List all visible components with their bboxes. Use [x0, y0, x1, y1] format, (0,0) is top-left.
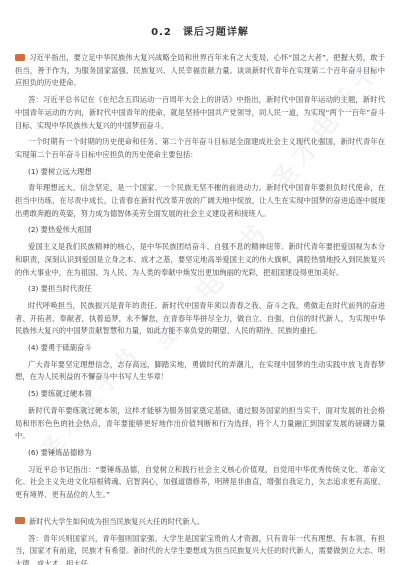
question-2: 新时代大学生如何成为担当民族复兴大任的时代新人。 [15, 516, 385, 529]
section-6-heading: (6) 要锤炼品德修为 [15, 447, 385, 460]
page-title: 0.2 课后习题详解 [15, 26, 385, 40]
question-1: 习近平指出，要立足中华民族伟大复兴战略全局和世界百年未有之大变局，心怀“国之大者… [15, 52, 385, 90]
document-page: 圣才电子书 圣才电子书 圣才电子书 0.2 课后习题详解 习近平指出，要立足中华… [0, 0, 400, 565]
section-3-heading: (3) 要担当时代责任 [15, 283, 385, 296]
question-bullet-icon [15, 54, 25, 61]
answer-2: 答：青年兴则国家兴，青年强则国家强。大学生是国家宝贵的人才资源，只有青年一代有理… [15, 533, 385, 565]
section-5-body: 新时代青年要练就过硬本领，这样才能够为服务国家奠定基础，通过服务国家的担当实干，… [15, 405, 385, 443]
answer-1-intro-1: 答：习近平总书记在《在纪念五四运动一百周年大会上的讲话》中指出，新时代中国青年运… [15, 94, 385, 132]
question-2-text: 新时代大学生如何成为担当民族复兴大任的时代新人。 [29, 517, 204, 526]
section-6-body: 习近平总书记指出：“要锤炼品德，自觉树立和践行社会主义核心价值观，自觉用中华优秀… [15, 464, 385, 502]
section-1-body: 青年理想远大、信念坚定，是一个国家、一个民族无坚不摧的前进动力。新时代中国青年要… [15, 182, 385, 220]
question-1-text: 习近平指出，要立足中华民族伟大复兴战略全局和世界百年未有之大变局，心怀“国之大者… [15, 53, 385, 87]
section-1-heading: (1) 要树立远大理想 [15, 166, 385, 179]
section-3-body: 时代呼唤担当，民族振兴是青年的责任。新时代中国青年须以青春之我、奋斗之我，勇做走… [15, 300, 385, 338]
question-bullet-icon [15, 517, 25, 524]
answer-1-intro-2: 一个时期有一个时期的历史使命和任务。第二个百年奋斗目标是全面建成社会主义现代化强… [15, 136, 385, 161]
section-5-heading: (5) 要练就过硬本领 [15, 388, 385, 401]
section-4-heading: (4) 要勇于砥砺奋斗 [15, 342, 385, 355]
section-2-heading: (2) 要热爱伟大祖国 [15, 224, 385, 237]
section-2-body: 爱国主义是我们民族精神的核心，是中华民族团结奋斗、自强不息的精神纽带。新时代青年… [15, 241, 385, 279]
section-4-body: 广大青年要坚定理想信念，志存高远，脚踏实地，勇做时代的弄潮儿，在实现中国梦的生动… [15, 359, 385, 384]
